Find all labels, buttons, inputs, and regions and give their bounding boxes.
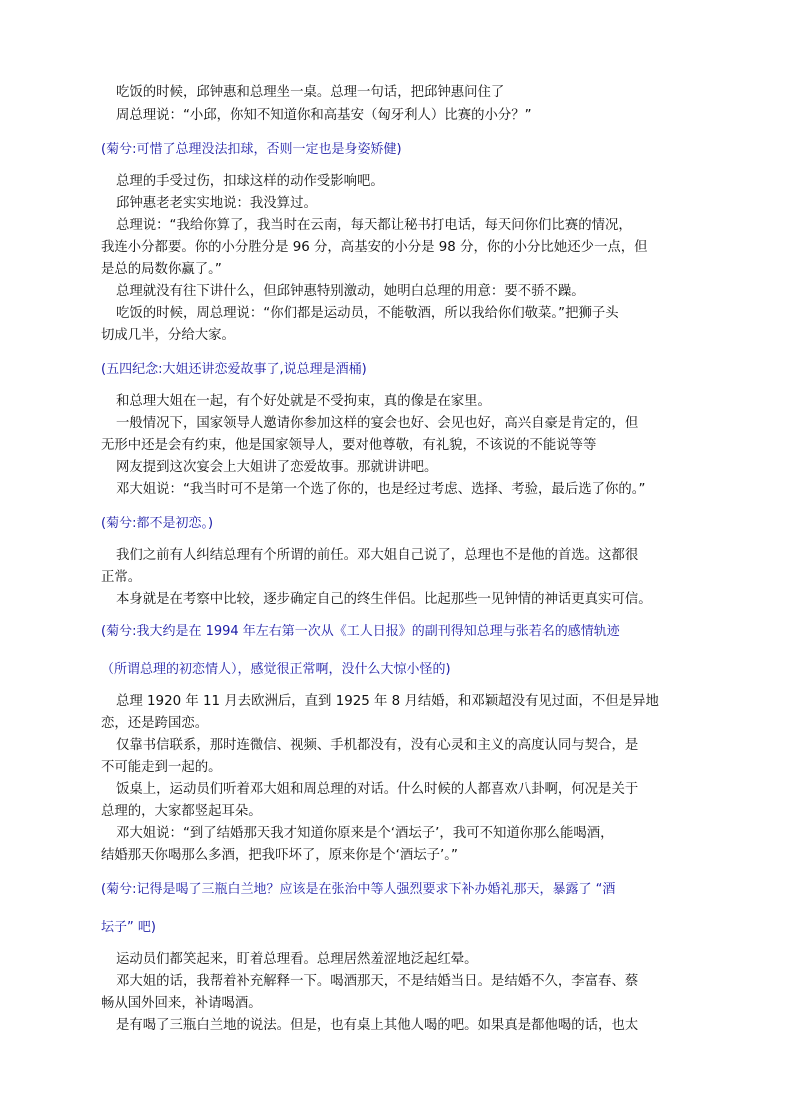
annotation-comment-line: (菊兮:记得是喝了三瓶白兰地？应该是在张治中等人强烈要求下补办婚礼那天，暴露了 … bbox=[101, 880, 615, 900]
body-text-line: 是有喝了三瓶白兰地的说法。但是，也有桌上其他人喝的吧。如果真是都他喝的话，也太 bbox=[116, 1016, 638, 1036]
body-text-line: 切成几半，分给大家。 bbox=[101, 326, 235, 346]
body-text-line: 总理的，大家都竖起耳朵。 bbox=[101, 802, 262, 822]
body-text-line: 正常。 bbox=[101, 568, 141, 588]
body-text-line: 是总的局数你赢了。” bbox=[101, 260, 222, 280]
body-text-line: 吃饭的时候，邱钟惠和总理坐一桌。总理一句话，把邱钟惠问住了 bbox=[116, 83, 504, 103]
body-text-line: 一般情况下，国家领导人邀请你参加这样的宴会也好、会见也好，高兴自豪是肯定的，但 bbox=[116, 414, 638, 434]
annotation-comment-line: (菊兮:可惜了总理没法扣球，否则一定也是身姿矫健) bbox=[101, 140, 402, 160]
body-text-line: 本身就是在考察中比较，逐步确定自己的终生伴侣。比起那些一见钟情的神话更真实可信。 bbox=[116, 590, 652, 610]
annotation-comment-line: 坛子” 吧) bbox=[101, 918, 156, 938]
annotation-comment-line: (菊兮:都不是初恋。) bbox=[101, 514, 213, 534]
body-text-line: 总理 1920 年 11 月去欧洲后，直到 1925 年 8 月结婚，和邓颖超没… bbox=[116, 692, 659, 712]
body-text-line: 吃饭的时候，周总理说：“你们都是运动员，不能敬酒，所以我给你们敬菜。”把狮子头 bbox=[116, 304, 619, 324]
body-text-line: 周总理说：“小邱，你知不知道你和高基安（匈牙利人）比赛的小分？” bbox=[116, 106, 532, 126]
annotation-comment-line: (五四纪念:大姐还讲恋爱故事了,说总理是酒桶) bbox=[101, 360, 367, 380]
body-text-line: 和总理大姐在一起，有个好处就是不受拘束，真的像是在家里。 bbox=[116, 392, 491, 412]
body-text-line: 恋，还是跨国恋。 bbox=[101, 714, 208, 734]
annotation-comment-line: (菊兮:我大约是在 1994 年左右第一次从《工人日报》的副刊得知总理与张若名的… bbox=[101, 622, 620, 642]
annotation-comment-line: （所谓总理的初恋情人），感觉很正常啊，没什么大惊小怪的) bbox=[101, 660, 451, 680]
body-text-line: 不可能走到一起的。 bbox=[101, 758, 222, 778]
body-text-line: 我们之前有人纠结总理有个所谓的前任。邓大姐自己说了，总理也不是他的首选。这都很 bbox=[116, 546, 638, 566]
body-text-line: 邓大姐说：“到了结婚那天我才知道你原来是个‘酒坛子’，我可不知道你那么能喝酒， bbox=[116, 824, 614, 844]
body-text-line: 邓大姐的话，我帮着补充解释一下。喝酒那天，不是结婚当日。是结婚不久，李富春、蔡 bbox=[116, 972, 638, 992]
document-page: 吃饭的时候，邱钟惠和总理坐一桌。总理一句话，把邱钟惠问住了周总理说：“小邱，你知… bbox=[0, 0, 800, 1100]
body-text-line: 无形中还是会有约束，他是国家领导人，要对他尊敬，有礼貌，不该说的不能说等等 bbox=[101, 436, 596, 456]
body-text-line: 饭桌上，运动员们听着邓大姐和周总理的对话。什么时候的人都喜欢八卦啊，何况是关于 bbox=[116, 780, 638, 800]
body-text-line: 邱钟惠老老实实地说：我没算过。 bbox=[116, 194, 317, 214]
body-text-line: 畅从国外回来，补请喝酒。 bbox=[101, 994, 262, 1014]
body-text-line: 仅靠书信联系，那时连微信、视频、手机都没有，没有心灵和主义的高度认同与契合，是 bbox=[116, 736, 638, 756]
body-text-line: 结婚那天你喝那么多酒，把我吓坏了，原来你是个‘酒坛子’。” bbox=[101, 846, 458, 866]
body-text-line: 我连小分都要。你的小分胜分是 96 分，高基安的小分是 98 分，你的小分比她还… bbox=[101, 238, 648, 258]
body-text-line: 运动员们都笑起来，盯着总理看。总理居然羞涩地泛起红晕。 bbox=[116, 950, 478, 970]
body-text-line: 总理的手受过伤，扣球这样的动作受影响吧。 bbox=[116, 172, 384, 192]
body-text-line: 总理就没有往下讲什么，但邱钟惠特别激动，她明白总理的用意：要不骄不躁。 bbox=[116, 282, 585, 302]
body-text-line: 网友提到这次宴会上大姐讲了恋爱故事。那就讲讲吧。 bbox=[116, 458, 437, 478]
body-text-line: 邓大姐说：“我当时可不是第一个选了你的，也是经过考虑、选择、考验，最后选了你的。… bbox=[116, 480, 645, 500]
body-text-line: 总理说：“我给你算了，我当时在云南，每天都让秘书打电话，每天问你们比赛的情况， bbox=[116, 216, 632, 236]
